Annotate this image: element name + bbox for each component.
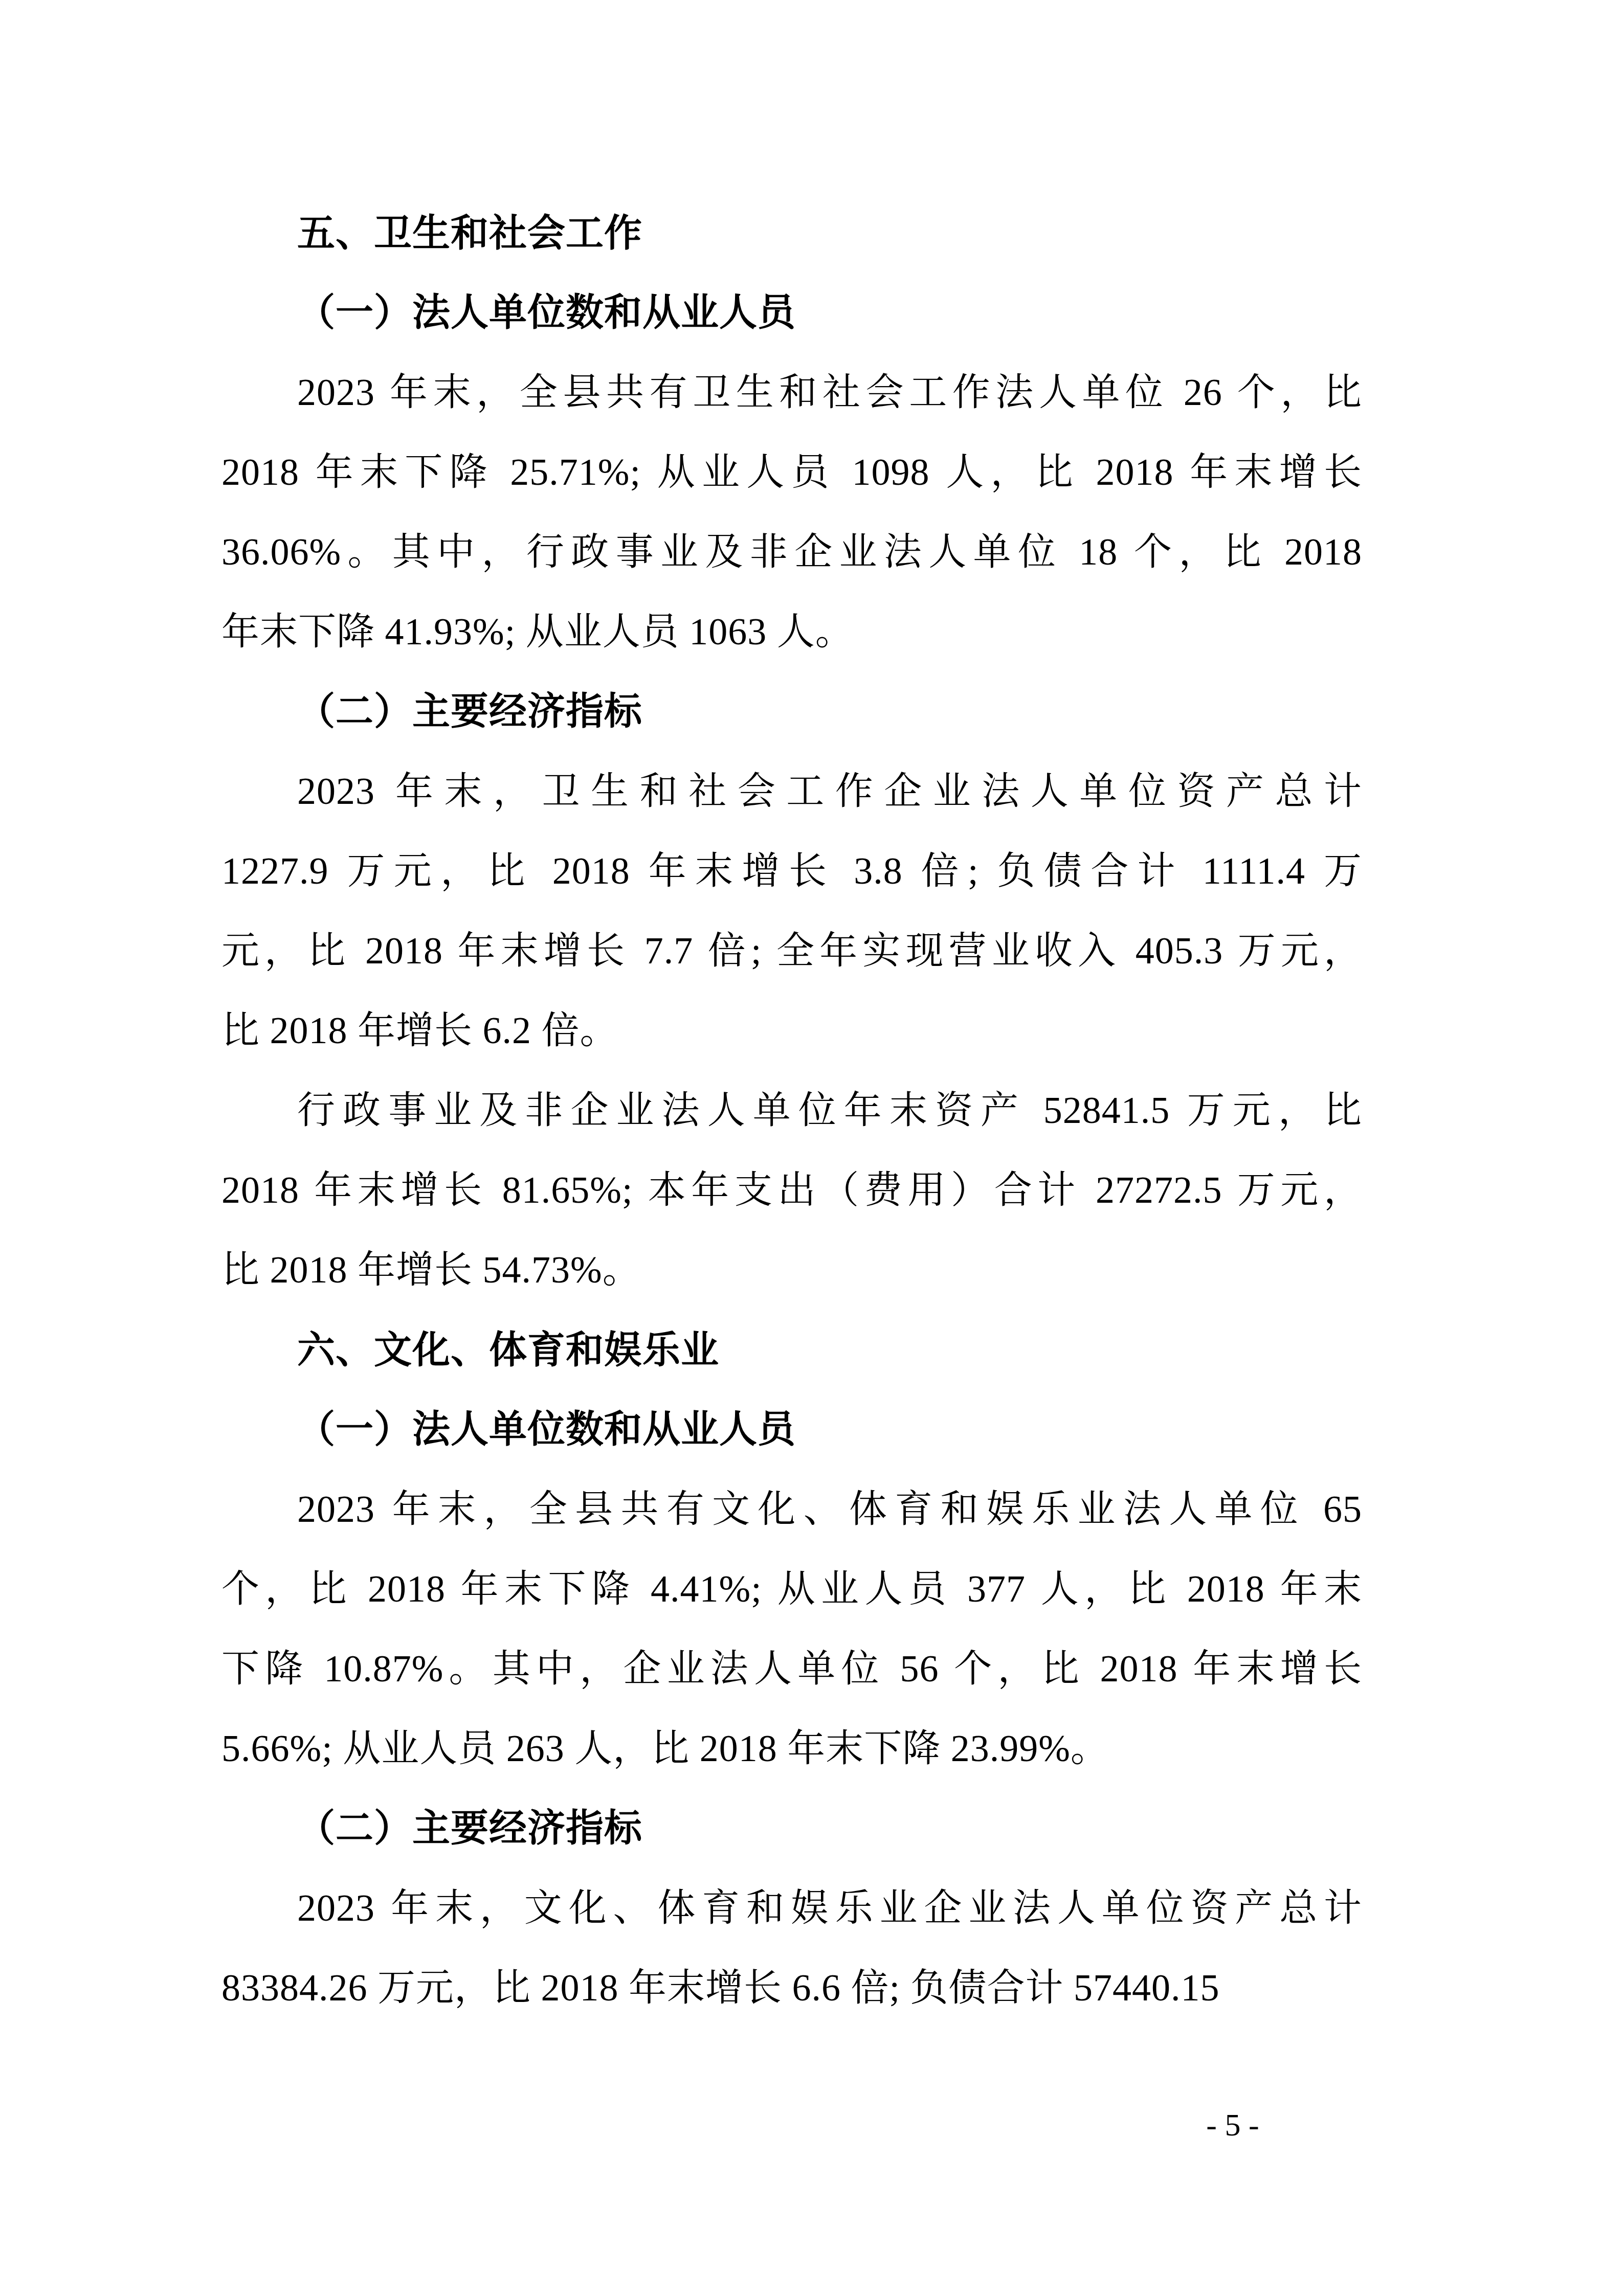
text-line: 下降 10.87%。其中，企业法人单位 56 个，比 2018 年末增长 [221,1629,1362,1709]
document-content: 五、卫生和社会工作（一）法人单位数和从业人员2023 年末，全县共有卫生和社会工… [221,193,1362,2028]
text-line: 行政事业及非企业法人单位年末资产 52841.5 万元，比 [221,1071,1362,1151]
section-heading: 六、文化、体育和娱乐业 [221,1310,1362,1390]
text-line: 36.06%。其中，行政事业及非企业法人单位 18 个，比 2018 [221,512,1362,592]
text-line: 2018 年末增长 81.65%; 本年支出（费用）合计 27272.5 万元， [221,1151,1362,1230]
text-line: 年末下降 41.93%; 从业人员 1063 人。 [221,592,1362,672]
subsection-heading: （二）主要经济指标 [221,1789,1362,1869]
text-line: 1227.9 万元，比 2018 年末增长 3.8 倍; 负债合计 1111.4… [221,831,1362,911]
text-line: 83384.26 万元，比 2018 年末增长 6.6 倍; 负债合计 5744… [221,1948,1362,2028]
text-line: 比 2018 年增长 6.2 倍。 [221,991,1362,1071]
text-line: 2023 年末，全县共有文化、体育和娱乐业法人单位 65 [221,1470,1362,1549]
section-heading: 五、卫生和社会工作 [221,193,1362,273]
text-line: 2023 年末，卫生和社会工作企业法人单位资产总计 [221,752,1362,831]
subsection-heading: （一）法人单位数和从业人员 [221,1390,1362,1470]
subsection-heading: （一）法人单位数和从业人员 [221,273,1362,353]
text-line: 个，比 2018 年末下降 4.41%; 从业人员 377 人，比 2018 年… [221,1549,1362,1629]
document-page: 五、卫生和社会工作（一）法人单位数和从业人员2023 年末，全县共有卫生和社会工… [0,0,1624,2296]
text-line: 2018 年末下降 25.71%; 从业人员 1098 人，比 2018 年末增… [221,433,1362,512]
subsection-heading: （二）主要经济指标 [221,672,1362,752]
page-number: - 5 - [1161,2085,1304,2165]
text-line: 2023 年末，文化、体育和娱乐业企业法人单位资产总计 [221,1869,1362,1948]
text-line: 2023 年末，全县共有卫生和社会工作法人单位 26 个，比 [221,353,1362,433]
text-line: 元，比 2018 年末增长 7.7 倍; 全年实现营业收入 405.3 万元， [221,911,1362,991]
text-line: 5.66%; 从业人员 263 人，比 2018 年末下降 23.99%。 [221,1709,1362,1789]
text-line: 比 2018 年增长 54.73%。 [221,1230,1362,1310]
